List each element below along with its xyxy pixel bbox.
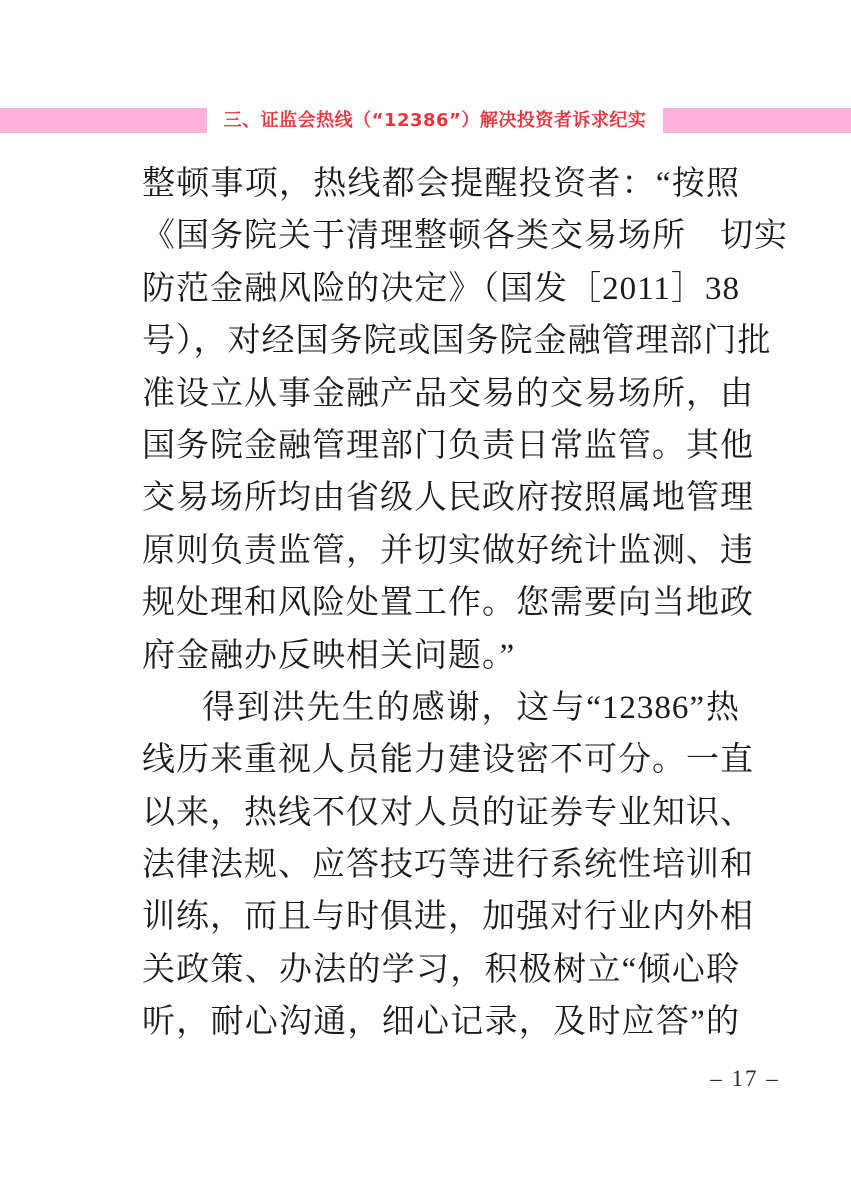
text-line: 法律法规、应答技巧等进行系统性培训和 — [142, 839, 740, 891]
text-line: 准设立从事金融产品交易的交易场所，由 — [142, 368, 740, 420]
text-line: 原则负责监管，并切实做好统计监测、违 — [142, 525, 740, 577]
running-header: 三、证监会热线（“12386”）解决投资者诉求纪实 — [0, 108, 851, 133]
text-line: 府金融办反映相关问题。” — [142, 630, 740, 682]
text-line: 号），对经国务院或国务院金融管理部门批 — [142, 315, 740, 367]
text-line: 得到洪先生的感谢，这与“12386”热 — [142, 682, 740, 734]
text-line: 训练，而且与时俱进，加强对行业内外相 — [142, 891, 740, 943]
text-line: 防范金融风险的决定》（国发［2011］38 — [142, 263, 740, 315]
book-page: 三、证监会热线（“12386”）解决投资者诉求纪实 整顿事项，热线都会提醒投资者… — [0, 0, 851, 1189]
text-line: 规处理和风险处置工作。您需要向当地政 — [142, 577, 740, 629]
page-number: – 17 – — [688, 1066, 802, 1092]
header-bar-right — [663, 108, 851, 133]
header-bar-left — [0, 108, 207, 133]
text-line: 线历来重视人员能力建设密不可分。一直 — [142, 734, 740, 786]
text-line: 《国务院关于清理整顿各类交易场所 切实 — [142, 210, 740, 262]
text-line: 整顿事项，热线都会提醒投资者：“按照 — [142, 158, 740, 210]
text-line: 听，耐心沟通，细心记录，及时应答”的 — [142, 996, 740, 1048]
text-line: 以来，热线不仅对人员的证券专业知识、 — [142, 787, 740, 839]
text-line: 关政策、办法的学习，积极树立“倾心聆 — [142, 944, 740, 996]
text-line: 交易场所均由省级人民政府按照属地管理 — [142, 472, 740, 524]
body-text: 整顿事项，热线都会提醒投资者：“按照 《国务院关于清理整顿各类交易场所 切实 防… — [142, 158, 740, 1049]
text-line: 国务院金融管理部门负责日常监管。其他 — [142, 420, 740, 472]
chapter-header-title: 三、证监会热线（“12386”）解决投资者诉求纪实 — [207, 108, 663, 133]
